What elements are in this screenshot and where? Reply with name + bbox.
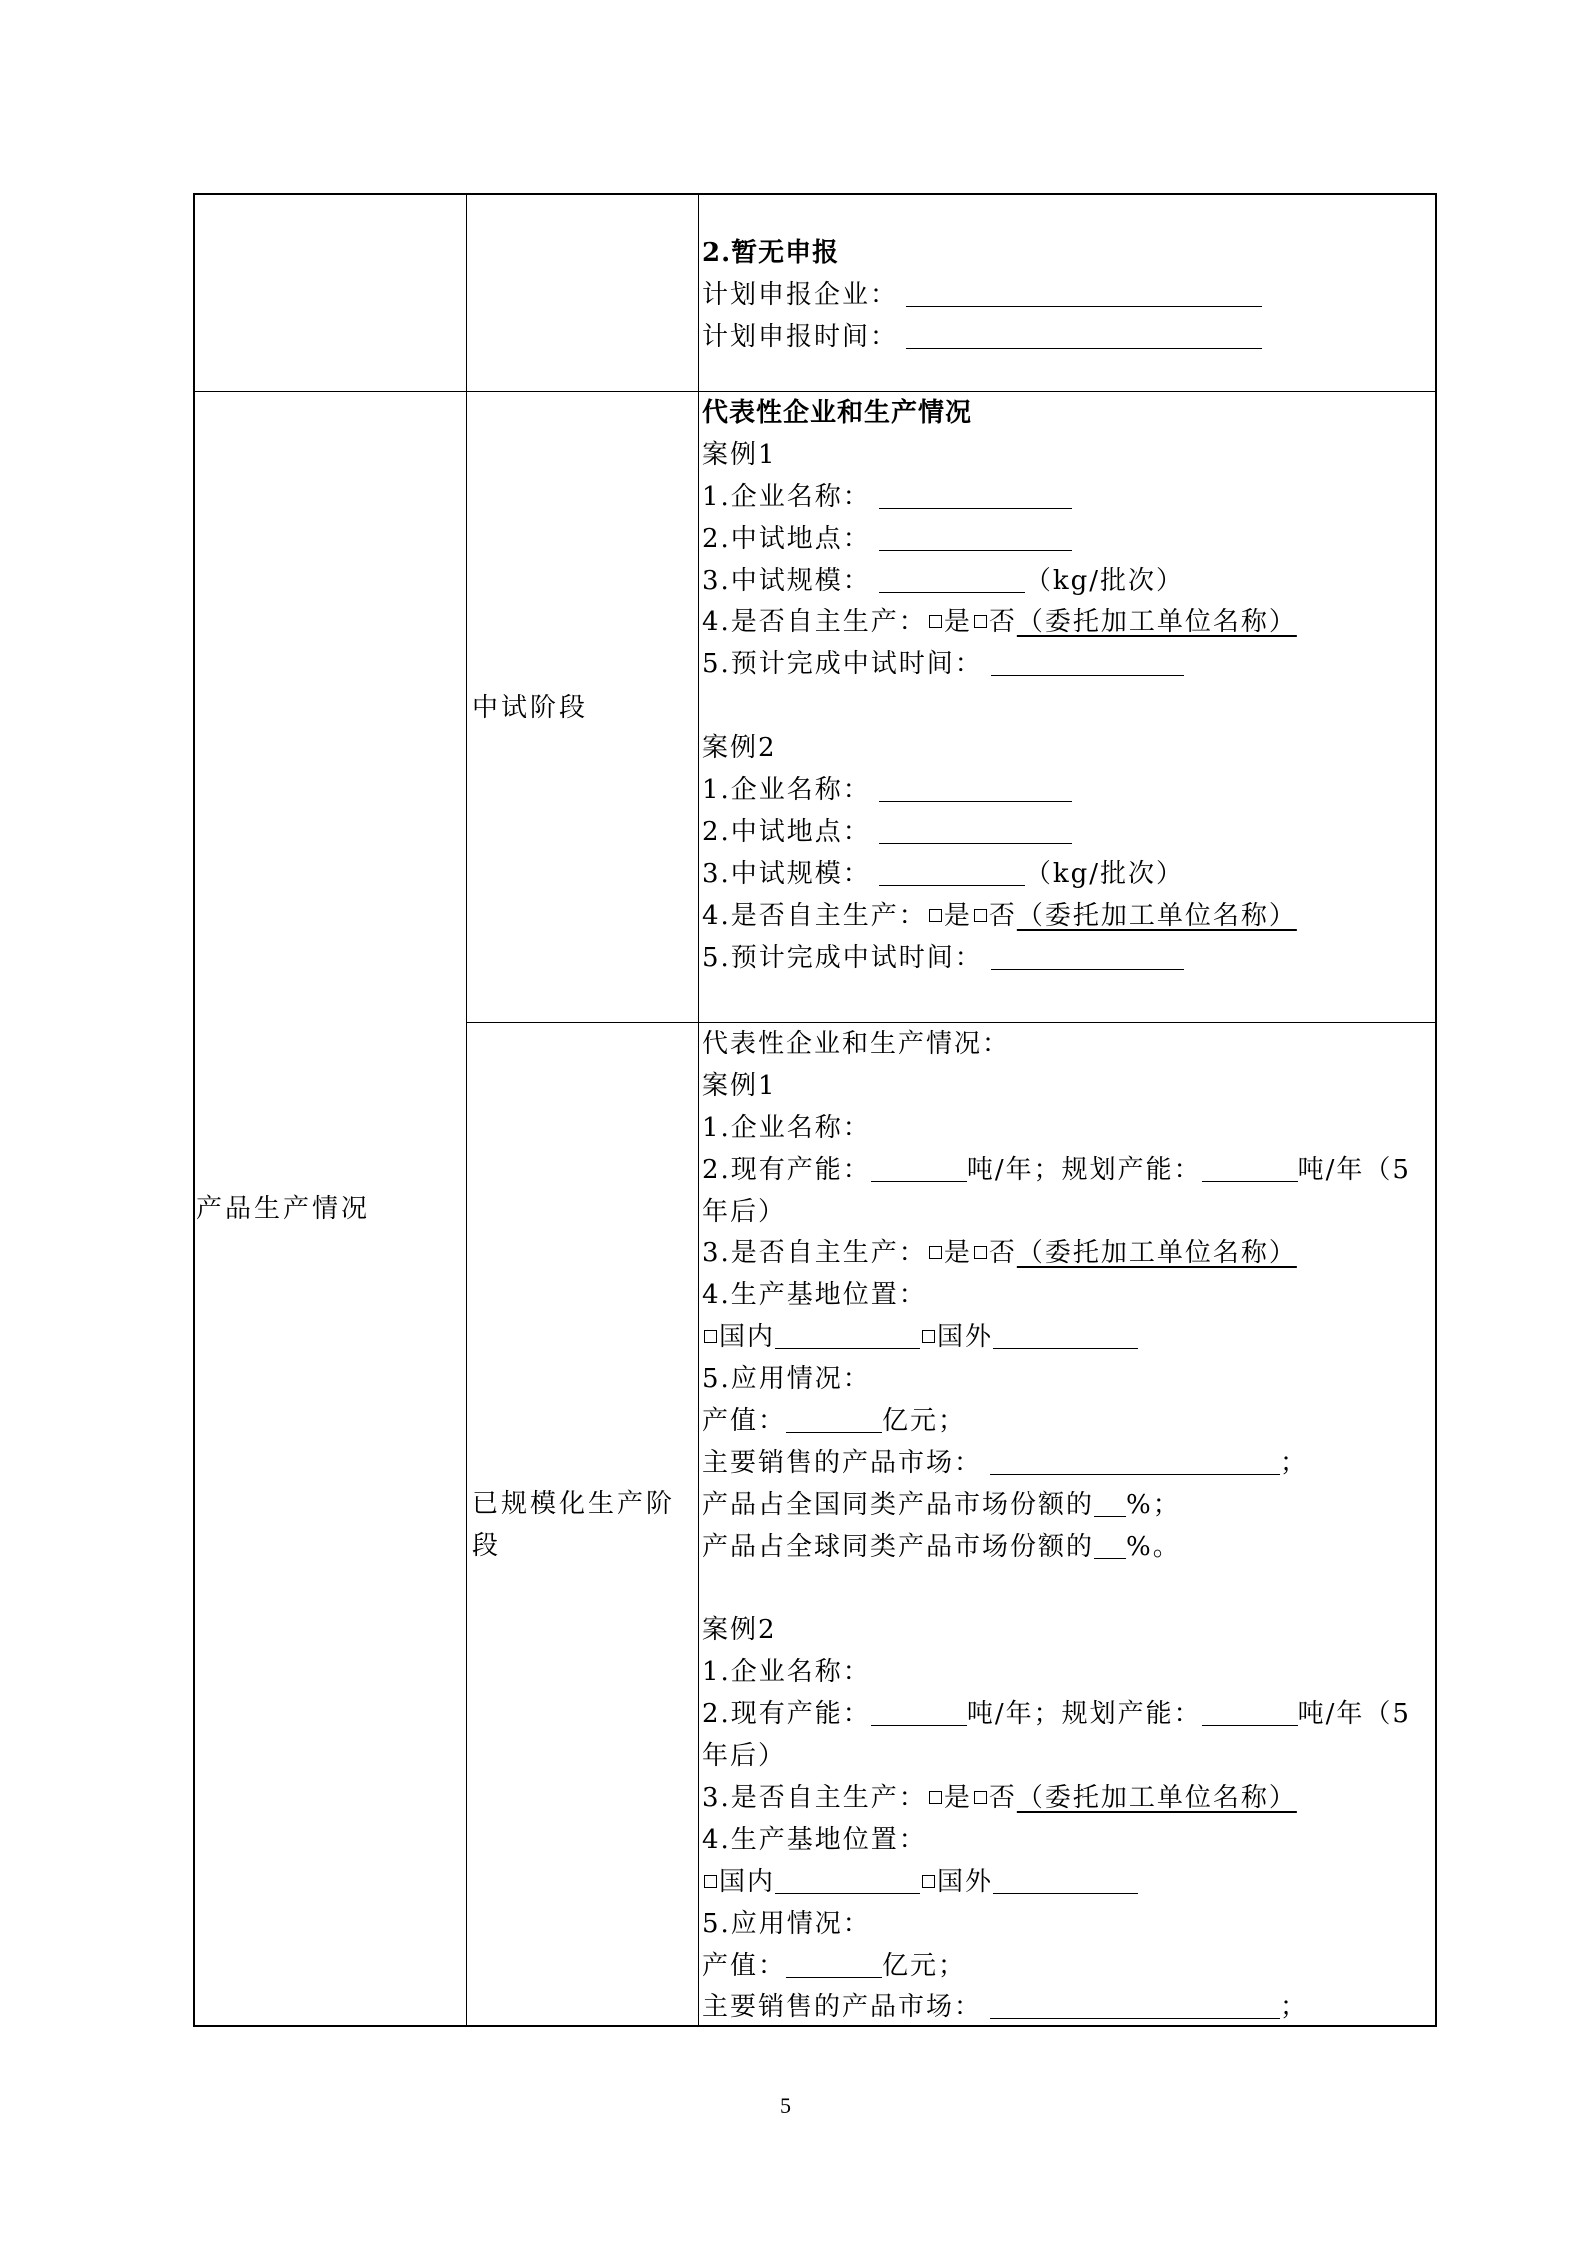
capacity-label: 2.现有产能： [702, 1699, 871, 1729]
status-cell: 2.暂无申报 计划申报企业： 计划申报时间： [702, 233, 1262, 359]
scale-field[interactable] [879, 564, 1025, 593]
row-divider-1 [193, 391, 1437, 392]
site-field[interactable] [879, 522, 1072, 551]
overseas-checkbox[interactable] [922, 1330, 935, 1343]
planned-capacity-field[interactable] [1202, 1153, 1298, 1182]
yes-label: 是 [944, 1238, 972, 1268]
domestic-share-label: 产品占全国同类产品市场份额的 [702, 1490, 1094, 1520]
yes-checkbox[interactable] [929, 1246, 942, 1259]
current-capacity-field[interactable] [871, 1697, 967, 1726]
capacity-unit: 吨/年；规划产能： [967, 1155, 1202, 1185]
outsource-note[interactable]: （委托加工单位名称） [1017, 1238, 1297, 1268]
planned-capacity-field[interactable] [1202, 1697, 1298, 1726]
finish-time-field[interactable] [991, 941, 1184, 970]
case-title: 案例1 [702, 1066, 1411, 1108]
case-title: 案例1 [702, 435, 1297, 477]
output-unit: 亿元； [882, 1406, 966, 1436]
overseas-field[interactable] [993, 1320, 1138, 1349]
capacity-unit: 吨/年；规划产能： [967, 1699, 1202, 1729]
market-end: ； [1280, 1992, 1308, 2022]
domestic-label: 国内 [719, 1322, 775, 1352]
overseas-label: 国外 [937, 1322, 993, 1352]
yes-checkbox[interactable] [929, 1791, 942, 1804]
capacity-tail: 年后） [702, 1192, 1411, 1234]
overseas-label: 国外 [937, 1867, 993, 1897]
domestic-field[interactable] [775, 1865, 920, 1894]
plan-time-label: 计划申报时间： [702, 322, 898, 352]
scale-field[interactable] [879, 857, 1025, 886]
finish-time-label: 5.预计完成中试时间： [702, 649, 983, 679]
yes-label: 是 [944, 607, 972, 637]
domestic-field[interactable] [775, 1320, 920, 1349]
yes-label: 是 [944, 1783, 972, 1813]
domestic-share-end: %； [1126, 1490, 1181, 1520]
planned-capacity-unit: 吨/年（5 [1298, 1155, 1411, 1185]
output-label: 产值： [702, 1951, 786, 1981]
no-label: 否 [989, 1238, 1017, 1268]
market-label: 主要销售的产品市场： [702, 1992, 982, 2022]
finish-time-field[interactable] [991, 647, 1184, 676]
scaled-heading: 代表性企业和生产情况： [702, 1024, 1411, 1066]
scaled-stage-label: 已规模化生产阶 段 [472, 1484, 698, 1568]
plan-time-field[interactable] [906, 320, 1262, 349]
col-divider-2 [698, 193, 699, 2027]
scaled-cell: 代表性企业和生产情况： 案例1 1.企业名称： 2.现有产能：吨/年；规划产能：… [702, 1024, 1411, 2029]
category-label: 产品生产情况 [196, 1189, 370, 1231]
plan-company-label: 计划申报企业： [702, 280, 898, 310]
base-location-label: 4.生产基地位置： [702, 1820, 1411, 1862]
pilot-heading: 代表性企业和生产情况 [702, 393, 1297, 435]
market-end: ； [1280, 1448, 1308, 1478]
yes-checkbox[interactable] [929, 615, 942, 628]
output-label: 产值： [702, 1406, 786, 1436]
scaled-stage-label-line1: 已规模化生产阶 [472, 1484, 698, 1526]
no-checkbox[interactable] [974, 615, 987, 628]
outsource-note[interactable]: （委托加工单位名称） [1017, 1783, 1297, 1813]
output-unit: 亿元； [882, 1951, 966, 1981]
self-produce-label: 4.是否自主生产： [702, 607, 927, 637]
current-capacity-field[interactable] [871, 1153, 967, 1182]
capacity-label: 2.现有产能： [702, 1155, 871, 1185]
market-field[interactable] [990, 1446, 1280, 1475]
company-label: 1.企业名称： [702, 1652, 1411, 1694]
col-divider-1 [466, 193, 467, 2027]
domestic-label: 国内 [719, 1867, 775, 1897]
base-location-label: 4.生产基地位置： [702, 1275, 1411, 1317]
scale-label: 3.中试规模： [702, 859, 871, 889]
scaled-stage-label-line2: 段 [472, 1526, 698, 1568]
application-label: 5.应用情况： [702, 1904, 1411, 1946]
outsource-note[interactable]: （委托加工单位名称） [1017, 901, 1297, 931]
market-field[interactable] [990, 1990, 1280, 2019]
no-label: 否 [989, 901, 1017, 931]
site-label: 2.中试地点： [702, 817, 871, 847]
yes-label: 是 [944, 901, 972, 931]
no-checkbox[interactable] [974, 909, 987, 922]
row-divider-2 [466, 1022, 1437, 1023]
no-checkbox[interactable] [974, 1246, 987, 1259]
no-label: 否 [989, 1783, 1017, 1813]
no-label: 否 [989, 607, 1017, 637]
global-share-label: 产品占全球同类产品市场份额的 [702, 1532, 1094, 1562]
company-field[interactable] [879, 773, 1072, 802]
plan-company-field[interactable] [906, 278, 1262, 307]
domestic-checkbox[interactable] [704, 1330, 717, 1343]
site-field[interactable] [879, 815, 1072, 844]
company-label: 1.企业名称： [702, 482, 871, 512]
company-field[interactable] [879, 480, 1072, 509]
page-number: 5 [780, 2093, 791, 2119]
self-produce-label: 4.是否自主生产： [702, 901, 927, 931]
global-share-field[interactable] [1094, 1530, 1126, 1559]
overseas-checkbox[interactable] [922, 1875, 935, 1888]
capacity-tail: 年后） [702, 1736, 1411, 1778]
pilot-cell: 代表性企业和生产情况 案例1 1.企业名称： 2.中试地点： 3.中试规模：（k… [702, 393, 1297, 979]
market-label: 主要销售的产品市场： [702, 1448, 982, 1478]
planned-capacity-unit: 吨/年（5 [1298, 1699, 1411, 1729]
domestic-checkbox[interactable] [704, 1875, 717, 1888]
status-heading: 2.暂无申报 [702, 233, 1262, 275]
pilot-stage-label: 中试阶段 [472, 688, 588, 730]
output-field[interactable] [786, 1404, 882, 1433]
scale-unit: （kg/批次） [1025, 859, 1184, 889]
finish-time-label: 5.预计完成中试时间： [702, 943, 983, 973]
domestic-share-field[interactable] [1094, 1488, 1126, 1517]
overseas-field[interactable] [993, 1865, 1138, 1894]
case-title: 案例2 [702, 728, 1297, 770]
scale-label: 3.中试规模： [702, 566, 871, 596]
global-share-end: %。 [1126, 1532, 1181, 1562]
self-produce-label: 3.是否自主生产： [702, 1783, 927, 1813]
application-label: 5.应用情况： [702, 1359, 1411, 1401]
scale-unit: （kg/批次） [1025, 566, 1184, 596]
self-produce-label: 3.是否自主生产： [702, 1238, 927, 1268]
site-label: 2.中试地点： [702, 524, 871, 554]
output-field[interactable] [786, 1949, 882, 1978]
document-page: 2.暂无申报 计划申报企业： 计划申报时间： 产品生产情况 中试阶段 代表性企业… [0, 0, 1587, 2245]
company-label: 1.企业名称： [702, 775, 871, 805]
company-label: 1.企业名称： [702, 1108, 1411, 1150]
outsource-note[interactable]: （委托加工单位名称） [1017, 607, 1297, 637]
case-title: 案例2 [702, 1610, 1411, 1652]
no-checkbox[interactable] [974, 1791, 987, 1804]
yes-checkbox[interactable] [929, 909, 942, 922]
